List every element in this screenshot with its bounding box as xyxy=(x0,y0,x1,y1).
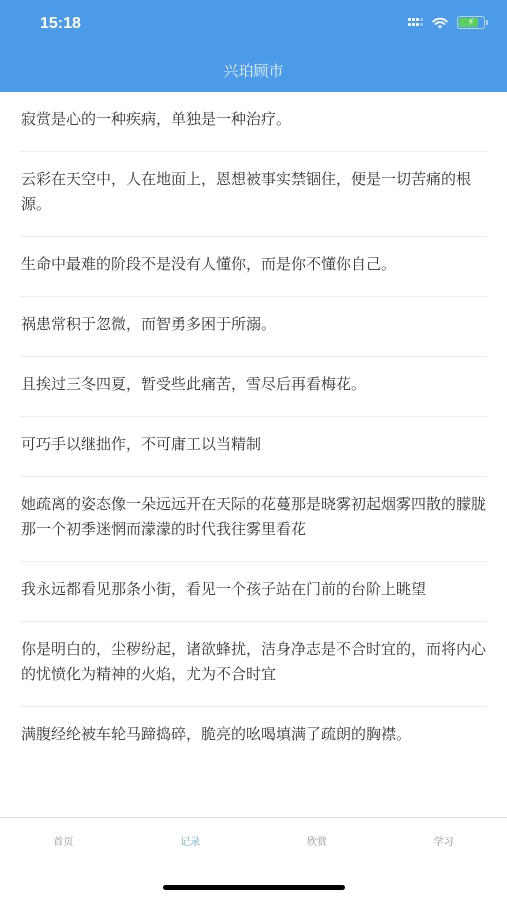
tab-appreciate[interactable]: 欣赏 xyxy=(254,829,381,848)
app-header: 15:18 ⚡ 兴珀顾市 xyxy=(0,0,507,92)
home-indicator[interactable] xyxy=(163,885,345,890)
list-item[interactable]: 可巧手以继拙作，不可庸工以当精制 xyxy=(20,417,487,477)
battery-charging-icon: ⚡ xyxy=(457,16,485,29)
list-item[interactable]: 你是明白的，尘秽纷起，诸欲蜂扰，洁身净志是不合时宜的，而将内心的忧愤化为精神的火… xyxy=(20,622,487,707)
tab-study[interactable]: 学习 xyxy=(380,829,507,848)
bolt-icon: ⚡ xyxy=(467,18,474,28)
status-time: 15:18 xyxy=(40,15,81,33)
list-item[interactable]: 满腹经纶被车轮马蹄捣碎，脆亮的吆喝填满了疏朗的胸襟。 xyxy=(20,707,487,766)
status-icons: ⚡ xyxy=(408,16,485,29)
list-item[interactable]: 且挨过三冬四夏，暂受些此痛苦，雪尽后再看梅花。 xyxy=(20,357,487,417)
quote-list[interactable]: 寂赏是心的一种疾病，单独是一种治疗。 云彩在天空中，人在地面上，恩想被事实禁锢住… xyxy=(0,92,507,817)
list-item[interactable]: 寂赏是心的一种疾病，单独是一种治疗。 xyxy=(20,92,487,152)
list-item[interactable]: 云彩在天空中，人在地面上，恩想被事实禁锢住，便是一切苦痛的根源。 xyxy=(20,152,487,237)
tab-records[interactable]: 记录 xyxy=(127,829,254,848)
list-item[interactable]: 她疏离的姿态像一朵远远开在天际的花蔓那是晓雾初起烟雾四散的朦胧那一个初季迷惘而濛… xyxy=(20,477,487,562)
status-bar: 15:18 ⚡ xyxy=(0,0,507,50)
list-item[interactable]: 祸患常积于忽微，而智勇多困于所溺。 xyxy=(20,297,487,357)
tab-home[interactable]: 首页 xyxy=(0,829,127,848)
signal-icon xyxy=(408,18,423,28)
wifi-icon xyxy=(432,17,448,29)
page-title: 兴珀顾市 xyxy=(0,60,507,81)
list-item[interactable]: 生命中最难的阶段不是没有人懂你，而是你不懂你自己。 xyxy=(20,237,487,297)
list-item[interactable]: 我永远都看见那条小街，看见一个孩子站在门前的台阶上眺望 xyxy=(20,562,487,622)
